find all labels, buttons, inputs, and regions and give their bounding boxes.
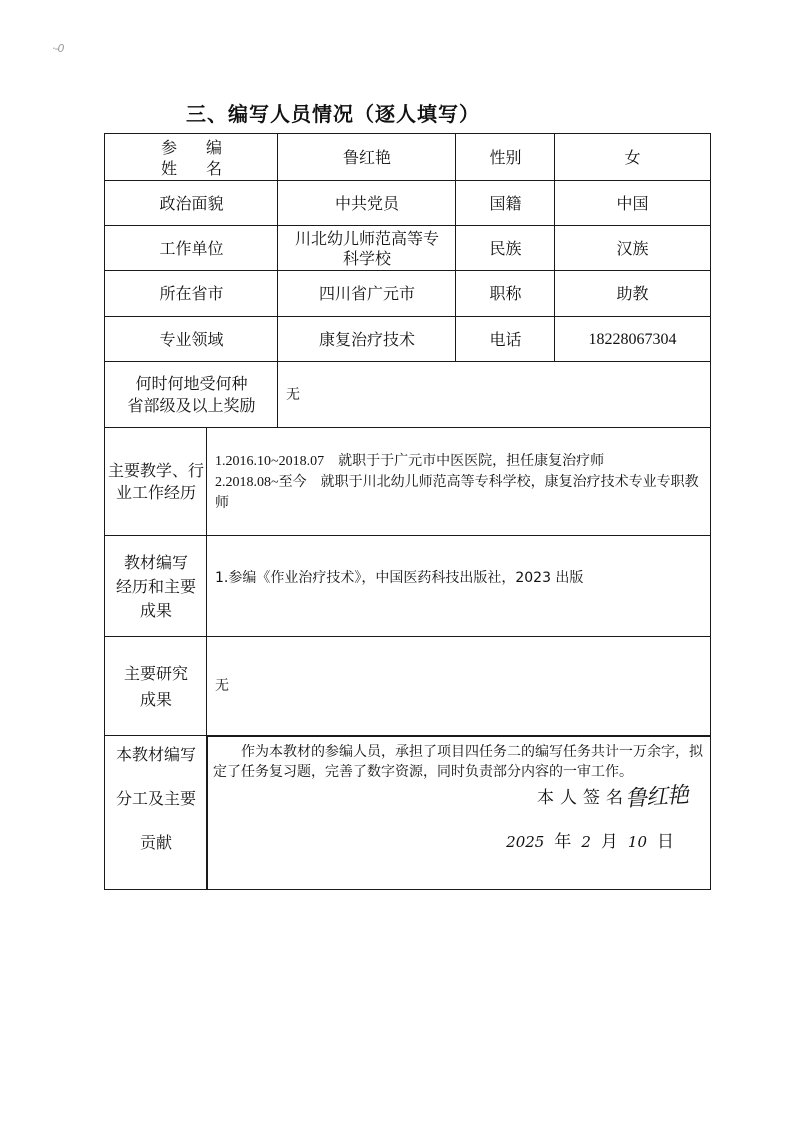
name-value: 鲁红艳 [277,133,457,182]
contribution-value-cell: 作为本教材的参编人员，承担了项目四任务二的编写任务共计一万余字，拟定了任务复习题… [206,735,711,890]
politics-label: 政治面貌 [104,180,279,227]
scan-mark: ·-0 [52,42,63,55]
textbook-value: 1.参编《作业治疗技术》，中国医药科技出版社，2023 出版 [207,568,589,589]
contribution-label-cell: 本教材编写 分工及主要 贡献 [104,735,208,890]
politics-value: 中共党员 [277,180,457,227]
experience-label-cell: 主要教学、行 业工作经历 [104,427,208,537]
title-label: 职称 [455,270,556,318]
experience-value-cell: 1.2016.10~2018.07 就职于于广元市中医医院，担任康复治疗师 2.… [206,427,711,537]
gender-value: 女 [554,133,711,182]
phone-label: 电话 [455,316,556,363]
awards-value-cell: 无 [277,361,711,429]
experience-item: 1.2016.10~2018.07 就职于于广元市中医医院，担任康复治疗师 [215,451,704,472]
date-month: 2 [581,832,591,852]
signature-date: 2025 年 2 月 10 日 [506,832,674,852]
location-value: 四川省广元市 [277,270,457,318]
research-value-cell: 无 [206,636,711,737]
experience-item: 2.2018.08~至今 就职于川北幼儿师范高等专科学校，康复治疗技术专业专职教… [215,472,704,514]
signature-line: 本人签名 鲁红艳 [537,788,688,808]
name-label-cell: 参 编 姓 名 [104,133,279,182]
awards-label: 何时何地受何种 省部级及以上奖励 [127,373,255,417]
ethnicity-value: 汉族 [554,225,711,272]
section-title: 三、编写人员情况（逐人填写） [186,98,480,127]
nationality-label: 国籍 [455,180,556,227]
experience-list: 1.2016.10~2018.07 就职于于广元市中医医院，担任康复治疗师 2.… [207,451,710,514]
textbook-label: 教材编写 经历和主要 成果 [116,551,196,623]
ethnicity-label: 民族 [455,225,556,272]
location-label: 所在省市 [104,270,279,318]
textbook-value-cell: 1.参编《作业治疗技术》，中国医药科技出版社，2023 出版 [206,535,711,638]
gender-label: 性别 [455,133,556,182]
field-label: 专业领域 [104,316,279,363]
experience-label: 主要教学、行 业工作经历 [108,460,204,504]
title-value: 助教 [554,270,711,318]
phone-value: 18228067304 [554,316,711,363]
handwritten-signature: 鲁红艳 [624,786,688,810]
work-unit-label: 工作单位 [104,225,279,272]
signature-label: 本人签名 [537,788,629,808]
awards-label-cell: 何时何地受何种 省部级及以上奖励 [104,361,279,429]
research-label: 主要研究 成果 [124,661,188,713]
awards-value: 无 [278,385,306,406]
field-value: 康复治疗技术 [277,316,457,363]
contribution-text: 作为本教材的参编人员，承担了项目四任务二的编写任务共计一万余字，拟定了任务复习题… [213,742,704,782]
name-label: 参 编 姓 名 [147,137,237,179]
textbook-label-cell: 教材编写 经历和主要 成果 [104,535,208,638]
contribution-label: 本教材编写 分工及主要 贡献 [116,744,196,854]
work-unit-value: 川北幼儿师范高等专科学校 [277,225,457,272]
date-day: 10 [628,832,647,852]
research-label-cell: 主要研究 成果 [104,636,208,737]
research-value: 无 [207,676,235,697]
nationality-value: 中国 [554,180,711,227]
date-year: 2025 [506,832,544,852]
